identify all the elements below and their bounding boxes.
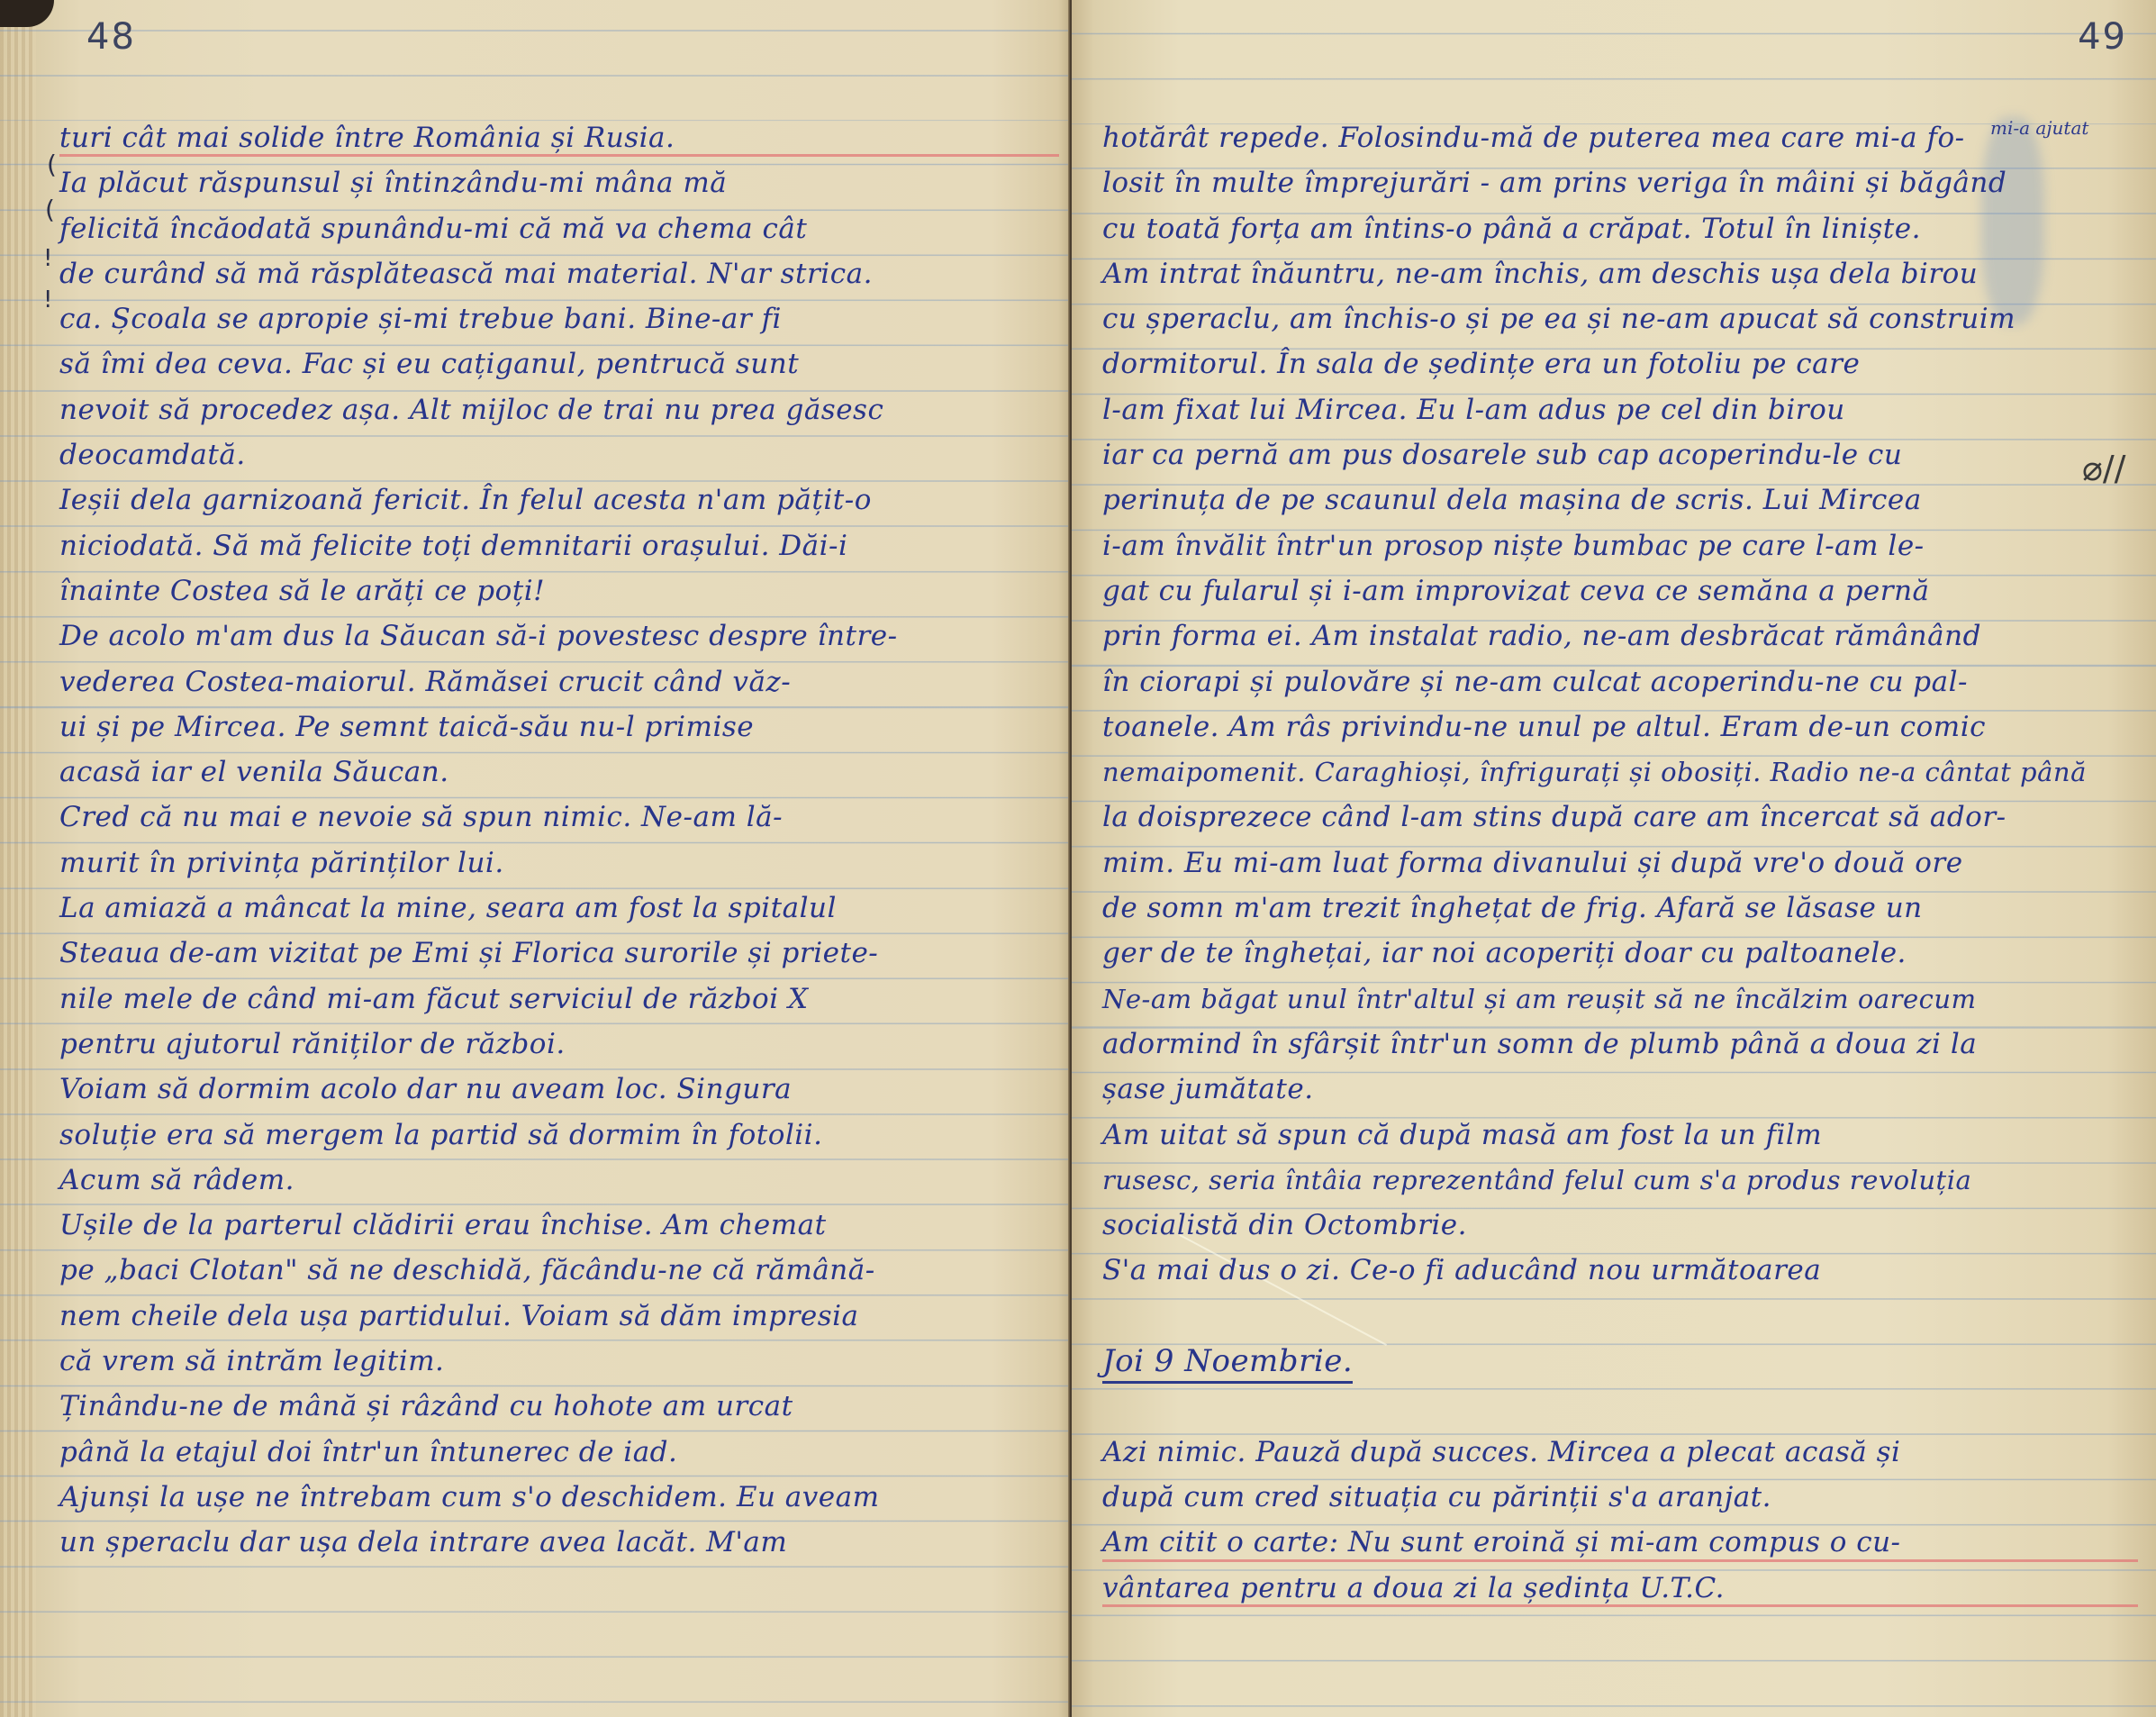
text-line: soluție era să mergem la partid să dormi… <box>59 1113 1059 1158</box>
text-line: gat cu fularul și i-am improvizat ceva c… <box>1102 568 2138 613</box>
text-line: Steaua de-am vizitat pe Emi și Florica s… <box>59 931 1059 976</box>
text-line: Acum să râdem. <box>59 1158 1059 1203</box>
text-line: iar ca pernă am pus dosarele sub cap aco… <box>1102 432 2138 477</box>
text-line: i-am învălit într'un prosop niște bumbac… <box>1102 523 2138 568</box>
text-line: după cum cred situația cu părinții s'a a… <box>1102 1475 2138 1520</box>
text-line: până la etajul doi într'un întunerec de … <box>59 1430 1059 1475</box>
margin-mark: ! <box>43 245 52 272</box>
text-line: Am citit o carte: Nu sunt eroină și mi-a… <box>1102 1520 2138 1565</box>
text-line: perinuța de pe scaunul dela mașina de sc… <box>1102 477 2138 522</box>
text-line: Ia plăcut răspunsul și întinzându-mi mân… <box>59 160 1059 205</box>
text-line: nemaipomenit. Caraghioși, înfrigurați și… <box>1102 749 2138 795</box>
text-line: Ne-am băgat unul într'altul și am reușit… <box>1102 977 2138 1022</box>
text-line: nem cheile dela ușa partidului. Voiam să… <box>59 1294 1059 1339</box>
margin-mark: ! <box>43 286 52 313</box>
text-line: Ajunși la ușe ne întrebam cum s'o deschi… <box>59 1475 1059 1520</box>
text-line: niciodată. Să mă felicite toți demnitari… <box>59 523 1059 568</box>
text-line: murit în privința părinților lui. <box>59 840 1059 886</box>
margin-mark: ( <box>47 150 57 179</box>
page-number: 48 <box>86 16 136 58</box>
text-line: de curând să mă răsplătească mai materia… <box>59 251 1059 296</box>
text-line: pentru ajutorul răniților de război. <box>59 1022 1059 1067</box>
right-page: 49 mi-a ajutat ⌀// hotărât repede. Folos… <box>1072 0 2156 1717</box>
text-line: mim. Eu mi-am luat forma divanului și du… <box>1102 840 2138 886</box>
text-line: de somn m'am trezit înghețat de frig. Af… <box>1102 886 2138 931</box>
text-line: La amiază a mâncat la mine, seara am fos… <box>59 886 1059 931</box>
text-line: șase jumătate. <box>1102 1067 2138 1112</box>
text-line: vântarea pentru a doua zi la ședința U.T… <box>1102 1566 2138 1611</box>
blank-line <box>1102 1384 2138 1429</box>
notebook-spread: 48 ( ( ! ! turi cât mai solide între Rom… <box>0 0 2156 1717</box>
text-line: cu toată forța am întins-o până a crăpat… <box>1102 206 2138 251</box>
text-line: pe „baci Clotan" să ne deschidă, făcându… <box>59 1248 1059 1293</box>
text-line: socialistă din Octombrie. <box>1102 1203 2138 1248</box>
text-line: să îmi dea ceva. Fac și eu cațiganul, pe… <box>59 341 1059 386</box>
text-line: în ciorapi și pulovăre și ne-am culcat a… <box>1102 659 2138 704</box>
text-line: Ușile de la parterul clădirii erau închi… <box>59 1203 1059 1248</box>
text-line: l-am fixat lui Mircea. Eu l-am adus pe c… <box>1102 387 2138 432</box>
text-line: nevoit să procedez așa. Alt mijloc de tr… <box>59 387 1059 432</box>
right-page-text: hotărât repede. Folosindu-mă de puterea … <box>1102 115 2138 1611</box>
blank-line <box>1102 1294 2138 1339</box>
binding-shadow <box>0 0 54 27</box>
text-line: hotărât repede. Folosindu-mă de puterea … <box>1102 115 2138 160</box>
date-heading: Joi 9 Noembrie. <box>1102 1339 2138 1384</box>
text-line: Voiam să dormim acolo dar nu aveam loc. … <box>59 1067 1059 1112</box>
text-line: acasă iar el venila Săucan. <box>59 749 1059 795</box>
text-line: ca. Școala se apropie și-mi trebue bani.… <box>59 296 1059 341</box>
text-line: De acolo m'am dus la Săucan să-i poveste… <box>59 613 1059 659</box>
text-line: la doisprezece când l-am stins după care… <box>1102 795 2138 840</box>
left-page: 48 ( ( ! ! turi cât mai solide între Rom… <box>0 0 1072 1717</box>
text-line: că vrem să intrăm legitim. <box>59 1339 1059 1384</box>
text-line: turi cât mai solide între România și Rus… <box>59 115 1059 160</box>
text-line: deocamdată. <box>59 432 1059 477</box>
text-line: ui și pe Mircea. Pe semnt taică-său nu-l… <box>59 704 1059 749</box>
text-line: cu șperaclu, am închis-o și pe ea și ne-… <box>1102 296 2138 341</box>
left-page-text: turi cât mai solide între România și Rus… <box>59 115 1059 1566</box>
text-line: prin forma ei. Am instalat radio, ne-am … <box>1102 613 2138 659</box>
text-line: nile mele de când mi-am făcut serviciul … <box>59 977 1059 1022</box>
text-line: toanele. Am râs privindu-ne unul pe altu… <box>1102 704 2138 749</box>
text-line: Azi nimic. Pauză după succes. Mircea a p… <box>1102 1430 2138 1475</box>
margin-mark: ( <box>45 195 55 224</box>
text-line: Ținându-ne de mână și râzând cu hohote a… <box>59 1384 1059 1429</box>
text-line: Ieșii dela garnizoană fericit. În felul … <box>59 477 1059 522</box>
text-line: rusesc, seria întâia reprezentând felul … <box>1102 1158 2138 1203</box>
text-line: felicită încăodată spunându-mi că mă va … <box>59 206 1059 251</box>
text-line: adormind în sfârșit într'un somn de plum… <box>1102 1022 2138 1067</box>
page-number: 49 <box>2078 16 2127 58</box>
text-line: losit în multe împrejurări - am prins ve… <box>1102 160 2138 205</box>
date-heading-text: Joi 9 Noembrie. <box>1102 1343 1353 1384</box>
page-edge-stack <box>0 0 36 1717</box>
text-line: dormitorul. În sala de ședințe era un fo… <box>1102 341 2138 386</box>
text-line: S'a mai dus o zi. Ce-o fi aducând nou ur… <box>1102 1248 2138 1293</box>
text-line: vederea Costea-maiorul. Rămăsei crucit c… <box>59 659 1059 704</box>
text-line: înainte Costea să le arăți ce poți! <box>59 568 1059 613</box>
text-line: Am uitat să spun că după masă am fost la… <box>1102 1113 2138 1158</box>
text-line: ger de te înghețai, iar noi acoperiți do… <box>1102 931 2138 976</box>
text-line: Cred că nu mai e nevoie să spun nimic. N… <box>59 795 1059 840</box>
text-line: Am intrat înăuntru, ne-am închis, am des… <box>1102 251 2138 296</box>
text-line: un șperaclu dar ușa dela intrare avea la… <box>59 1520 1059 1565</box>
